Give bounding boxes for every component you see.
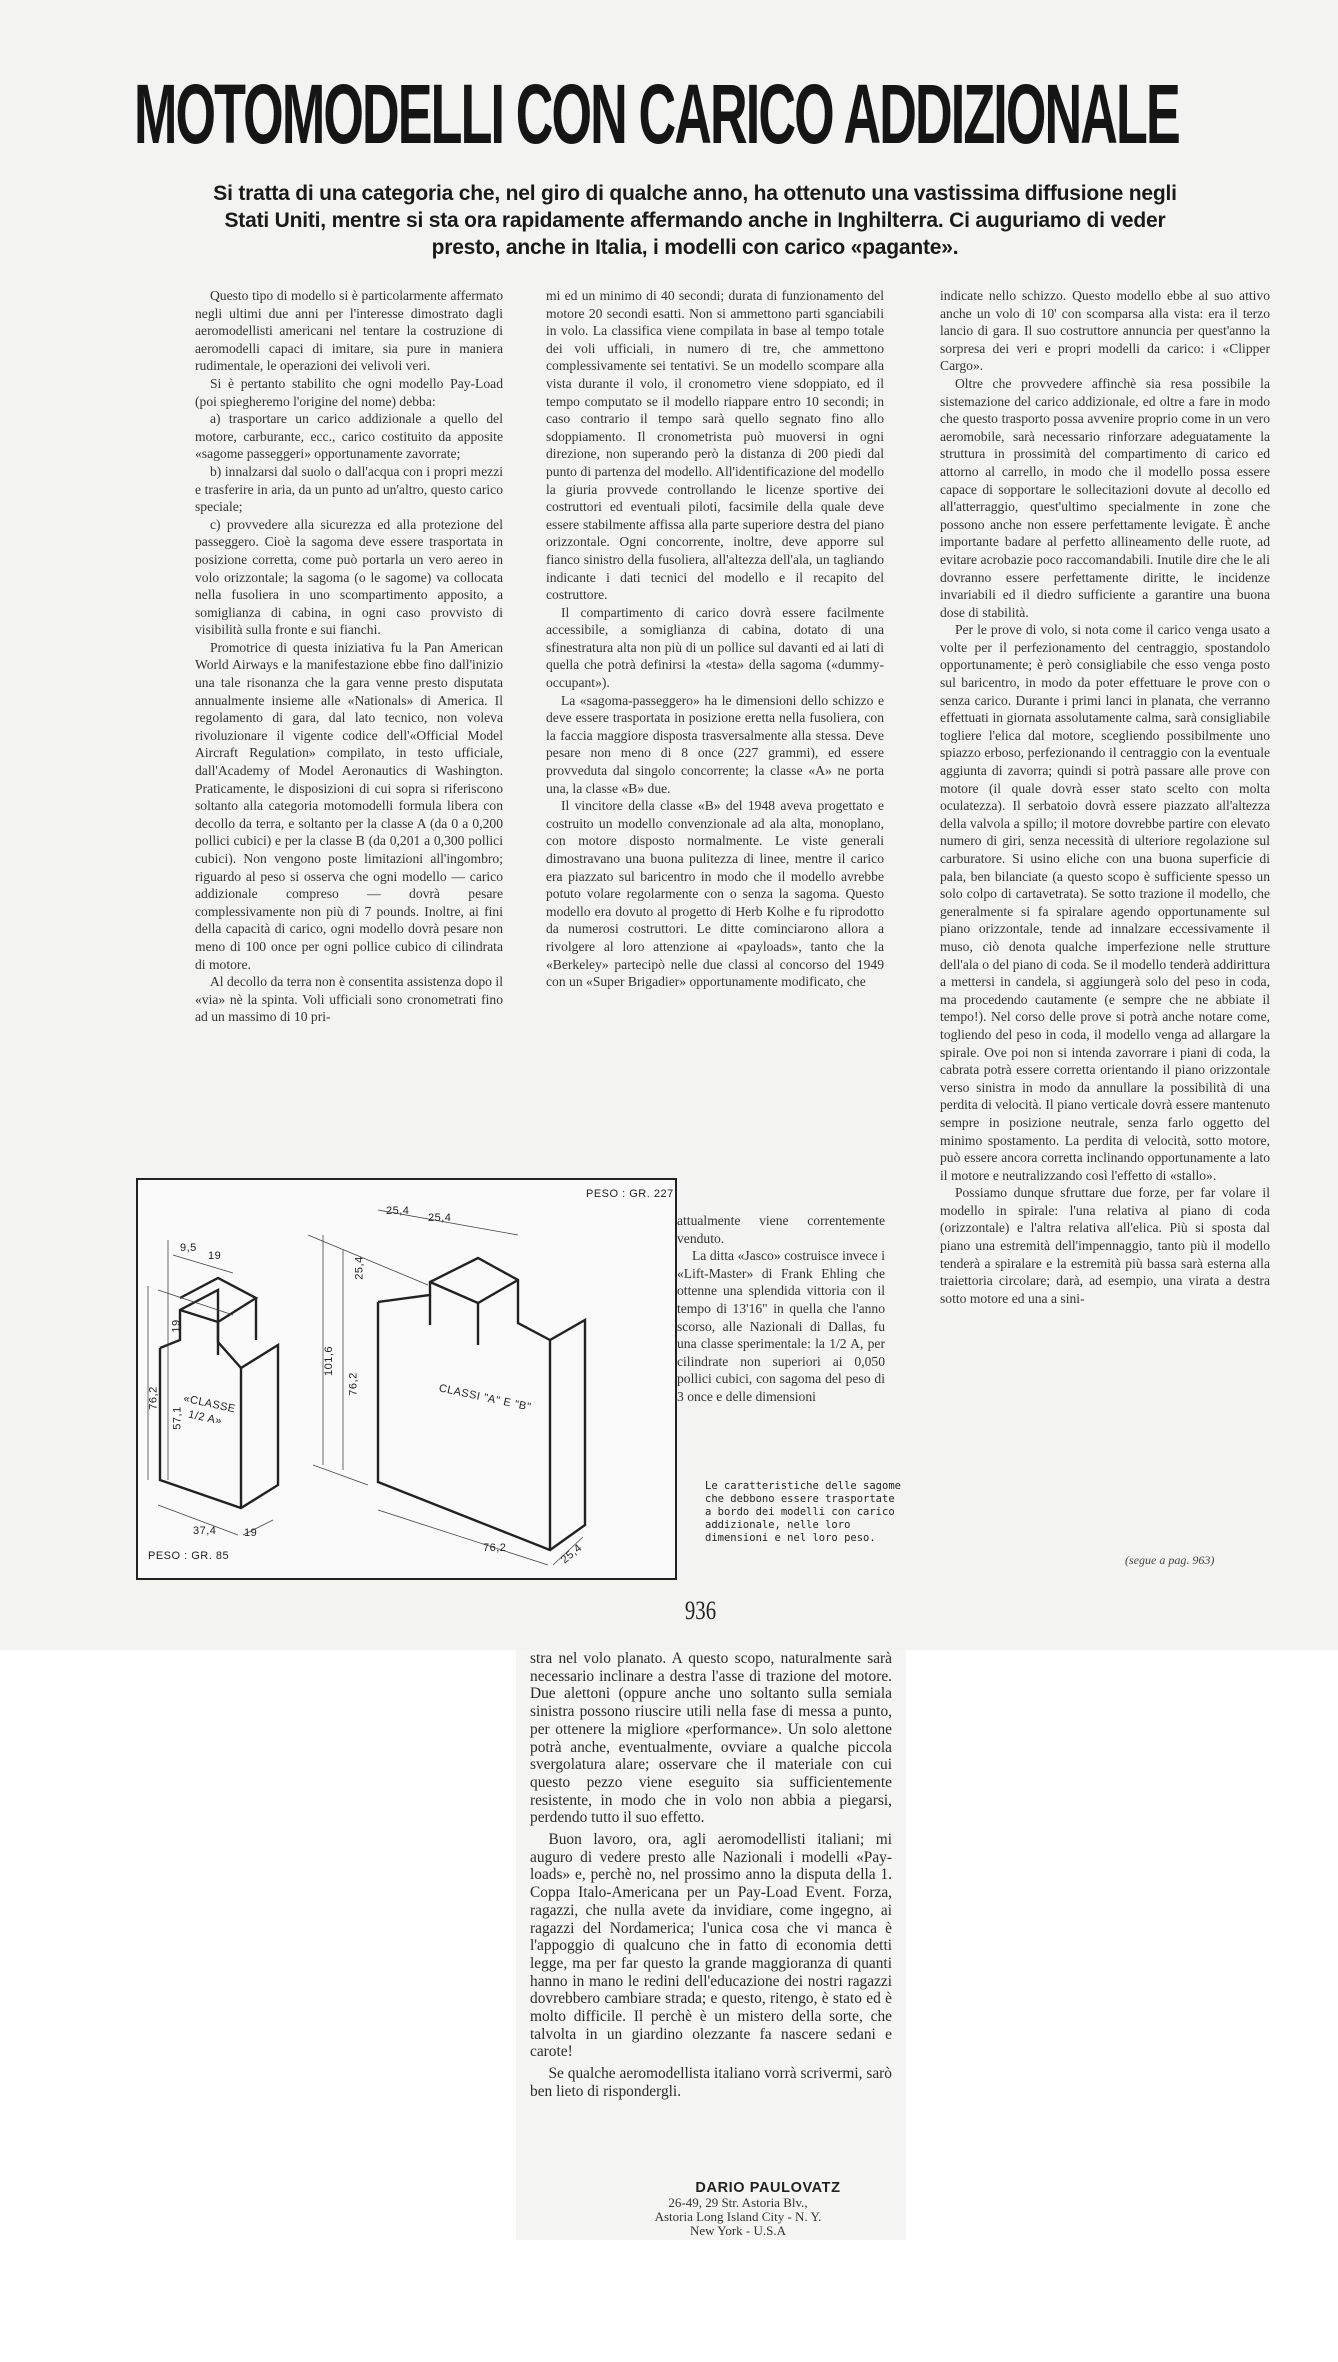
paragraph: Il compartimento di carico dovrà essere … <box>546 604 884 692</box>
text-column-2: mi ed un minimo di 40 secondi; durata di… <box>546 287 884 991</box>
dim-depth-small: 19 <box>244 1527 257 1539</box>
paragraph: Se qualche aeromodellista italiano vorrà… <box>530 2065 892 2100</box>
list-item-a: a) trasportare un carico addizionale a q… <box>195 410 503 463</box>
paragraph: stra nel volo planato. A questo scopo, n… <box>530 1650 892 1827</box>
article-subtitle: Si tratta di una categoria che, nel giro… <box>195 180 1195 261</box>
list-item-b: b) innalzarsi dal suolo o dall'acqua con… <box>195 463 503 516</box>
author-name: DARIO PAULOVATZ <box>648 2180 888 2196</box>
dim-top-a-large: 25,4 <box>386 1205 409 1217</box>
author-address-line-2: Astoria Long Island City - N. Y. <box>588 2210 888 2224</box>
author-address-line-1: 26-49, 29 Str. Astoria Blv., <box>588 2196 888 2210</box>
dim-top-b-large: 25,4 <box>428 1212 451 1224</box>
paragraph: Il vincitore della classe «B» del 1948 a… <box>546 797 884 991</box>
dim-body-h-small: 57,1 <box>172 1406 184 1429</box>
small-shape-weight: PESO : GR. 85 <box>148 1550 229 1562</box>
dim-total-h-small: 76,2 <box>148 1386 160 1409</box>
paragraph: Al decollo da terra non è consentita ass… <box>195 973 503 1026</box>
paragraph: attualmente viene correntemente venduto. <box>677 1212 885 1247</box>
dim-total-h-large: 101,6 <box>323 1346 335 1376</box>
dim-head-h-small: 19 <box>171 1319 183 1332</box>
dim-width-small: 37,4 <box>193 1525 216 1537</box>
dim-top-b-small: 19 <box>208 1250 221 1262</box>
continuation-text: stra nel volo planato. A questo scopo, n… <box>530 1650 892 2105</box>
dim-head-h-large: 25,4 <box>354 1256 366 1279</box>
paragraph: indicate nello schizzo. Questo modello e… <box>940 287 1270 375</box>
page-number: 936 <box>685 1596 716 1626</box>
paragraph: Buon lavoro, ora, agli aeromodellisti it… <box>530 1831 892 2061</box>
dim-body-h-large: 76,2 <box>348 1372 360 1395</box>
continuation-clipping: stra nel volo planato. A questo scopo, n… <box>516 1650 906 2240</box>
text-column-1: Questo tipo di modello si è particolarme… <box>195 287 503 1026</box>
isometric-drawing-icon <box>138 1180 675 1578</box>
paragraph: Questo tipo di modello si è particolarme… <box>195 287 503 375</box>
paragraph: La ditta «Jasco» costruisce invece i «Li… <box>677 1247 885 1405</box>
paragraph: mi ed un minimo di 40 secondi; durata di… <box>546 287 884 604</box>
paragraph: Oltre che provvedere affinchè sia resa p… <box>940 375 1270 621</box>
author-signature: DARIO PAULOVATZ 26-49, 29 Str. Astoria B… <box>588 2180 888 2238</box>
paragraph: Promotrice di questa iniziativa fu la Pa… <box>195 639 503 973</box>
figure-caption: Le caratteristiche delle sagome che debb… <box>705 1480 905 1545</box>
large-shape-weight: PESO : GR. 227 <box>586 1188 674 1200</box>
dim-top-a-small: 9,5 <box>180 1242 197 1254</box>
text-column-3: indicate nello schizzo. Questo modello e… <box>940 287 1270 1307</box>
text-column-2-wrap: attualmente viene correntemente venduto.… <box>677 1212 885 1406</box>
continued-note: (segue a pag. 963) <box>1125 1553 1214 1568</box>
paragraph: Per le prove di volo, si nota come il ca… <box>940 621 1270 1184</box>
list-item-c: c) provvedere alla sicurezza ed alla pro… <box>195 516 503 639</box>
paragraph: La «sagoma-passeggero» ha le dimensioni … <box>546 692 884 798</box>
paragraph: Possiamo dunque sfruttare due forze, per… <box>940 1184 1270 1307</box>
paragraph: Si è pertanto stabilito che ogni modello… <box>195 375 503 410</box>
dim-width-large: 76,2 <box>483 1542 506 1554</box>
author-address-line-3: New York - U.S.A <box>588 2224 888 2238</box>
article-title: MOTOMODELLI CON CARICO ADDIZIONALE <box>134 68 1287 160</box>
dummy-occupant-diagram: PESO : GR. 227 PESO : GR. 85 «CLASSE 1/2… <box>136 1178 677 1580</box>
